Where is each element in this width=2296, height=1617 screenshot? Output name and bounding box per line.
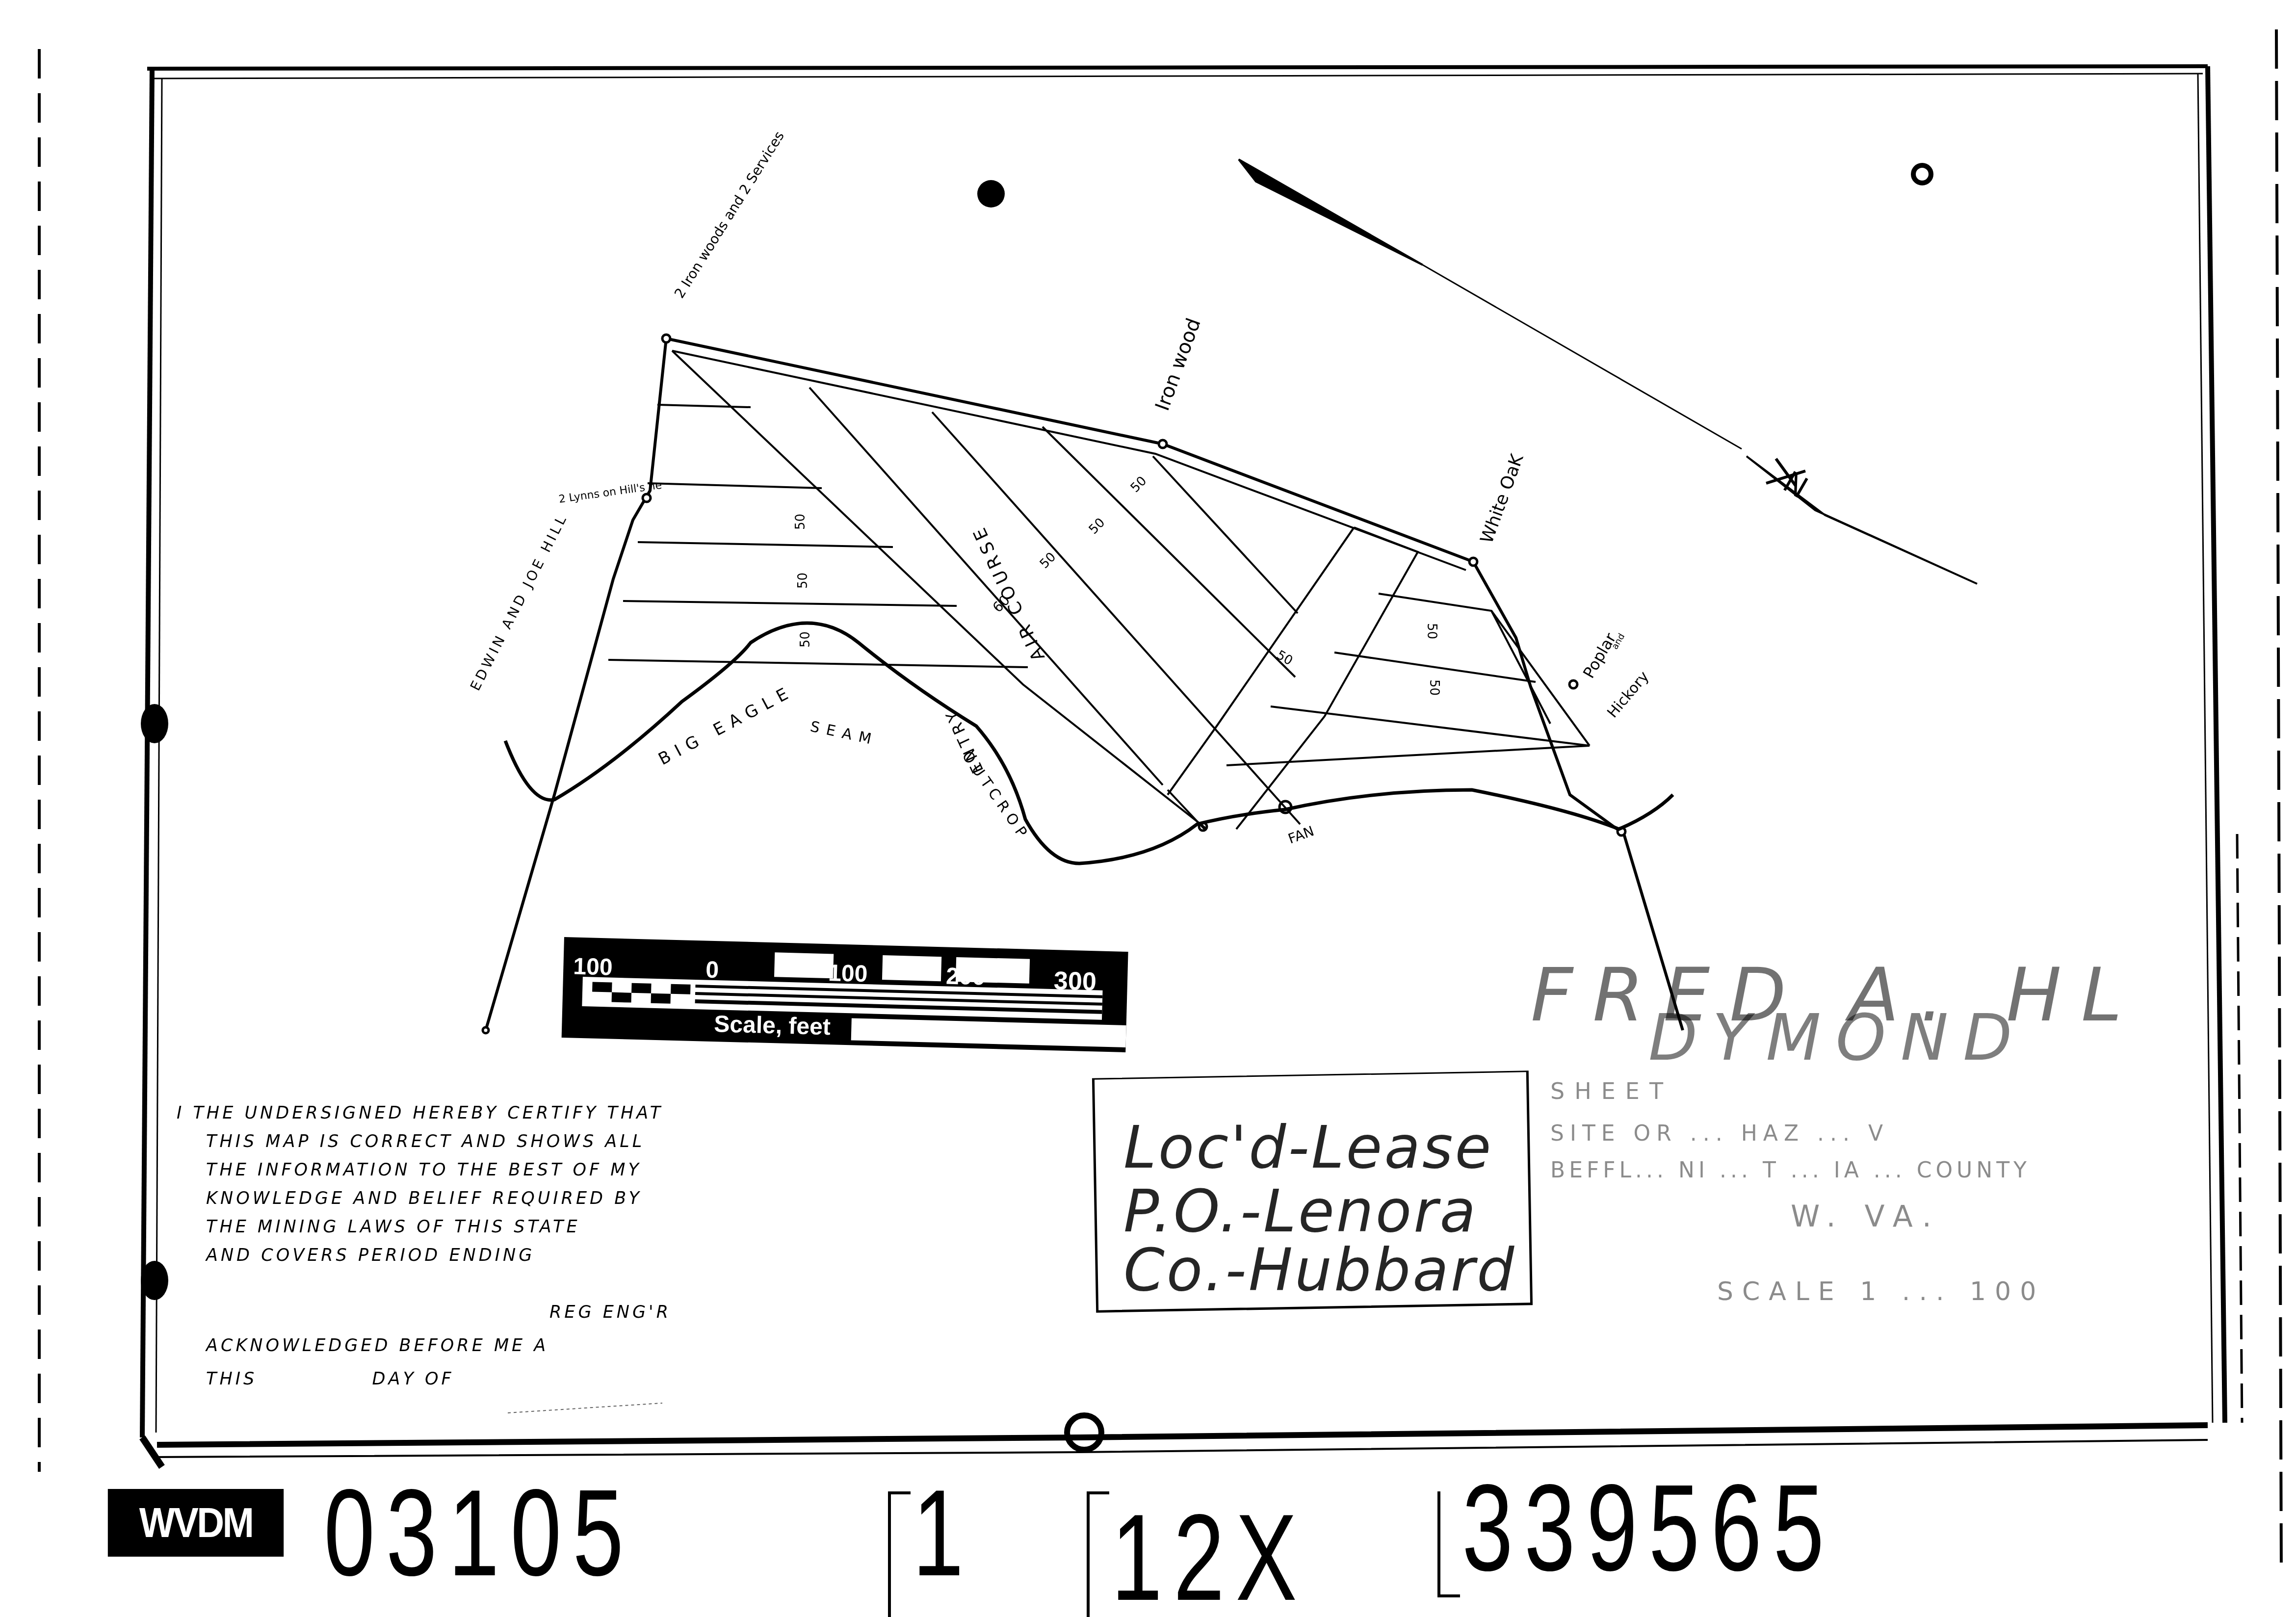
stamp-line-3: Co.-Hubbard (1123, 1236, 1516, 1304)
dim-diag-50b: 50 (1086, 515, 1108, 537)
dim-left-3: 50 (798, 631, 813, 648)
label-white-oak: White OaK (1477, 451, 1528, 546)
title-company-line2: DYMOND (1648, 1000, 2027, 1075)
certification-block: I THE UNDERSIGNED HEREBY CERTIFY THAT TH… (177, 1099, 741, 1393)
cert-line: AND COVERS PERIOD ENDING (177, 1241, 741, 1270)
scale-tick-100l: 100 (573, 954, 613, 981)
north-arrow (1239, 159, 1977, 584)
cert-day-of: DAY OF (372, 1369, 454, 1389)
dim-left-2: 50 (796, 573, 810, 589)
cert-reg-engr: REG ENG'R (177, 1298, 741, 1327)
scale-tick-100: 100 (828, 960, 868, 987)
footer-bracket-2 (1087, 1491, 1109, 1617)
title-scale: SCALE 1 ... 100 (1717, 1277, 2045, 1306)
dim-right-2: 50 (1427, 679, 1441, 696)
title-state: W. VA. (1791, 1200, 1941, 1234)
label-seam-1: BIG EAGLE (655, 681, 797, 769)
label-north: N (1777, 465, 1814, 505)
label-poplar: Poplar (1579, 629, 1620, 681)
scale-label: Scale, feet (714, 1011, 831, 1040)
archive-tag: WVDM (108, 1489, 284, 1557)
footer-bracket-1 (888, 1491, 911, 1617)
footer-number-3: 12X (1111, 1496, 1308, 1617)
scale-tick-200: 200 (945, 963, 985, 990)
label-seam-2: SEAM (809, 718, 880, 749)
footer-bracket-3 (1437, 1491, 1460, 1597)
stamp-line-2: P.O.-Lenora (1123, 1177, 1478, 1246)
stamp-line-1: Loc'd-Lease (1123, 1114, 1493, 1182)
dim-left-1: 50 (793, 514, 808, 530)
label-hickory: Hickory (1604, 668, 1652, 721)
title-block-details: SHEET SITE OR ... HAZ ... V BEFFL... NI … (1550, 1078, 2045, 1306)
dim-cross-50: 50 (1274, 648, 1296, 669)
cert-line: THE MINING LAWS OF THIS STATE (177, 1213, 741, 1241)
title-block: FRED A. HL DYMOND (1531, 953, 2142, 1075)
label-edwin-joe-hill: EDWIN AND JOE HILL (467, 511, 571, 693)
cert-line: KNOWLEDGE AND BELIEF REQUIRED BY (177, 1184, 741, 1213)
cert-line: THIS MAP IS CORRECT AND SHOWS ALL (177, 1127, 741, 1156)
title-line5: BEFFL... NI ... T ... IA ... COUNTY (1550, 1158, 2031, 1183)
label-entry: ENTRY (940, 705, 987, 777)
map-labels: 2 Iron woods and 2 Services Iron wood Wh… (467, 129, 1814, 847)
footer-number-1: 03105 (324, 1472, 635, 1594)
title-line4: SITE OR ... HAZ ... V (1550, 1121, 1889, 1146)
cert-this: THIS (206, 1369, 257, 1389)
footer-number-4: 339565 (1462, 1467, 1835, 1590)
label-corner-nw: 2 Iron woods and 2 Services (671, 129, 787, 301)
dim-diag-50c: 50 (1128, 473, 1150, 496)
label-iron-wood: Iron wood (1151, 315, 1205, 414)
cert-line: I THE UNDERSIGNED HEREBY CERTIFY THAT (177, 1099, 741, 1127)
footer-number-2: 1 (913, 1472, 975, 1594)
title-sheet: SHEET (1550, 1078, 1673, 1104)
property-boundary (486, 339, 1683, 1030)
mine-map-page: 2 Iron woods and 2 Services Iron wood Wh… (0, 0, 2296, 1617)
dim-diag-50a: 50 (1037, 549, 1059, 572)
cert-acknowledged: ACKNOWLEDGED BEFORE ME A (177, 1331, 741, 1360)
scale-tick-0: 0 (705, 957, 719, 984)
mine-workings (608, 351, 1590, 829)
label-fan: FAN (1286, 823, 1316, 847)
scale-tick-300: 300 (1053, 966, 1096, 996)
scale-bar: 100 0 100 200 300 Scale, feet (562, 937, 1128, 1052)
cert-line: THE INFORMATION TO THE BEST OF MY (177, 1156, 741, 1184)
dim-right-1: 50 (1424, 623, 1439, 639)
